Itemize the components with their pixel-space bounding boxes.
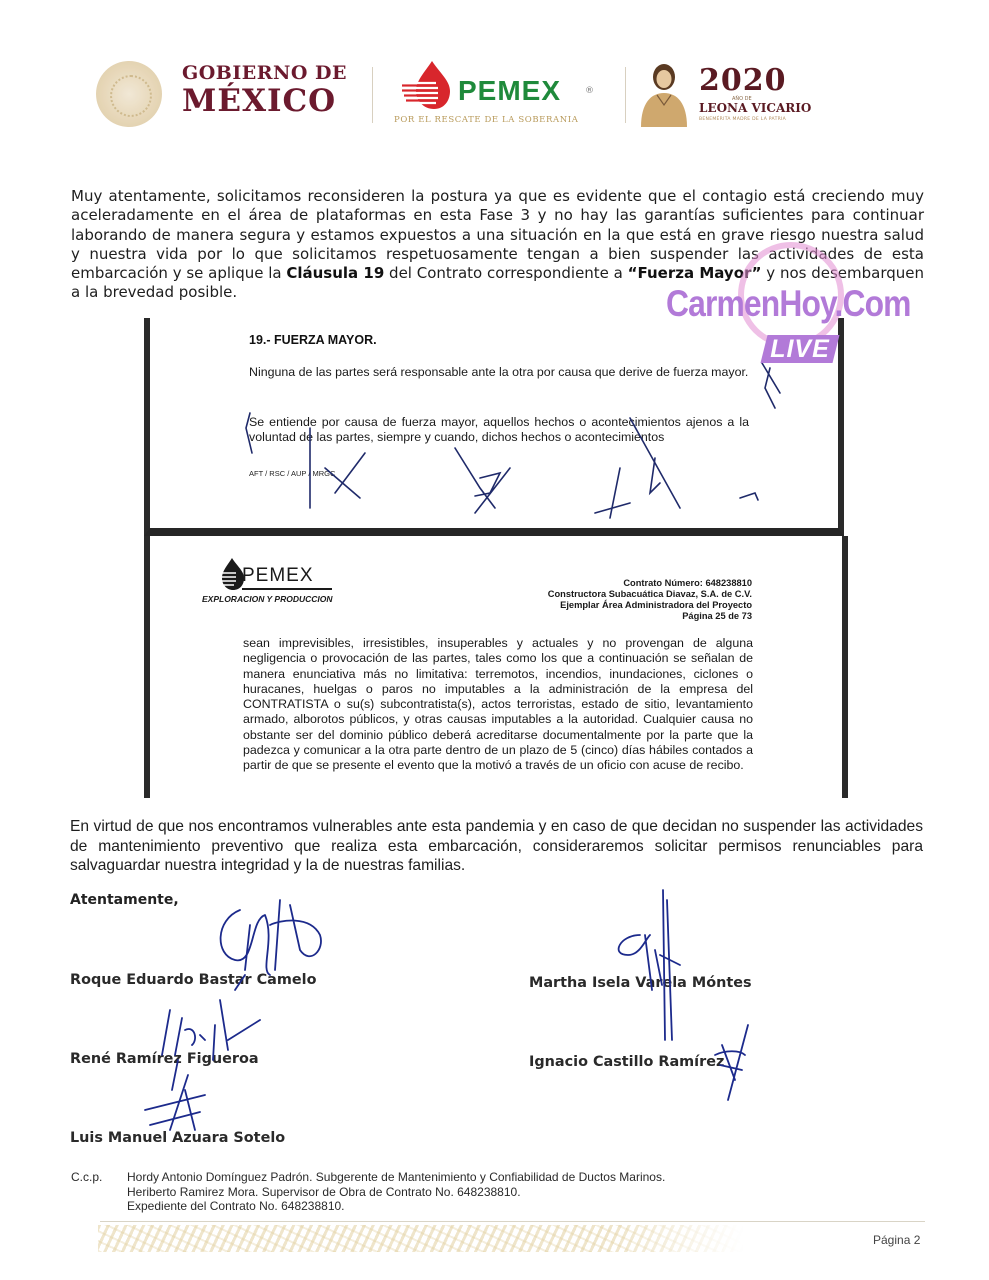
ccp-recipients: Hordy Antonio Domínguez Padrón. Subgeren… [127, 1170, 665, 1214]
logo-divider [372, 67, 373, 123]
contract-excerpt-page-24: 19.- FUERZA MAYOR. Ninguna de las partes… [144, 318, 844, 536]
ccp-label: C.c.p. [71, 1170, 102, 1185]
contractor-name: Constructora Subacuática Diavaz, S.A. de… [548, 589, 752, 600]
clause-title: 19.- FUERZA MAYOR. [249, 333, 377, 347]
signer-name: Ignacio Castillo Ramírez [529, 1054, 724, 1070]
copy-area: Ejemplar Área Administradora del Proyect… [548, 600, 752, 611]
vulnerability-paragraph: En virtud de que nos encontramos vulnera… [70, 817, 923, 876]
contract-info-block: Contrato Número: 648238810 Constructora … [548, 578, 752, 622]
watermark-live-badge: LIVE [761, 335, 840, 363]
pemex-exploracion-logo: PEMEX EXPLORACION Y PRODUCCION [202, 556, 352, 606]
ccp-line: Expediente del Contrato No. 648238810. [127, 1199, 665, 1214]
logo-underline [242, 588, 332, 590]
clause-19-ref: Cláusula 19 [286, 264, 384, 282]
mexico-coat-of-arms-icon [96, 61, 162, 127]
pemex-eagle-drop-icon [212, 556, 246, 592]
year-2020: 2020 [699, 63, 787, 98]
request-text-2: del Contrato correspondiente a [384, 264, 627, 282]
signer-name: Luis Manuel Azuara Sotelo [70, 1130, 285, 1146]
page-number: Página 2 [873, 1233, 920, 1247]
live-label: LIVE [764, 335, 836, 363]
registered-mark: ® [585, 86, 594, 96]
leona-vicario-portrait-icon [635, 61, 693, 127]
watermark-text: CarmenHoy.Com [666, 283, 911, 325]
contract-page: Página 25 de 73 [548, 611, 752, 622]
leona-vicario-name: LEONA VICARIO [699, 101, 811, 115]
signer-name: René Ramírez Figueroa [70, 1051, 259, 1067]
signer-name: Martha Isela Varela Móntes [529, 975, 752, 991]
clause-paragraph-1: Ninguna de las partes será responsable a… [249, 365, 749, 380]
pemex-wordmark: PEMEX [242, 565, 314, 587]
handwritten-signatures [0, 880, 989, 1170]
gobierno-de-mexico-logo: GOBIERNO DE MÉXICO [182, 64, 347, 117]
gobierno-line1: GOBIERNO DE [182, 64, 347, 83]
ccp-line: Heriberto Ramirez Mora. Supervisor de Ob… [127, 1185, 665, 1200]
leona-vicario-2020-logo: 2020 AÑO DE LEONA VICARIO BENEMÉRITA MAD… [635, 61, 825, 131]
logo-divider [625, 67, 626, 123]
pemex-logo: PEMEX ® POR EL RESCATE DE LA SOBERANIA [392, 59, 602, 129]
pemex-tagline: POR EL RESCATE DE LA SOBERANIA [394, 115, 578, 125]
closing-salutation: Atentamente, [70, 892, 179, 908]
contract-excerpt-page-25: PEMEX EXPLORACION Y PRODUCCION Contrato … [144, 536, 848, 798]
gobierno-line2: MÉXICO [182, 86, 347, 117]
pemex-eagle-drop-icon [402, 59, 454, 111]
leona-subtitle: BENEMÉRITA MADRE DE LA PATRIA [699, 117, 786, 122]
footer-decorative-pattern [98, 1225, 743, 1252]
initials-line: AFT / RSC / AUP / MRGC [249, 469, 335, 478]
clause-continued-text: sean imprevisibles, irresistibles, insup… [243, 636, 753, 774]
ccp-line: Hordy Antonio Domínguez Padrón. Subgeren… [127, 1170, 665, 1185]
clause-paragraph-2: Se entiende por causa de fuerza mayor, a… [249, 415, 749, 445]
contract-number: Contrato Número: 648238810 [548, 578, 752, 589]
signer-name: Roque Eduardo Bastar Camelo [70, 972, 316, 988]
exploracion-produccion-label: EXPLORACION Y PRODUCCION [202, 594, 333, 604]
letterhead: GOBIERNO DE MÉXICO PEMEX ® POR EL RESCAT… [90, 55, 820, 135]
pemex-wordmark: PEMEX [458, 75, 561, 107]
footer-divider [100, 1221, 925, 1222]
